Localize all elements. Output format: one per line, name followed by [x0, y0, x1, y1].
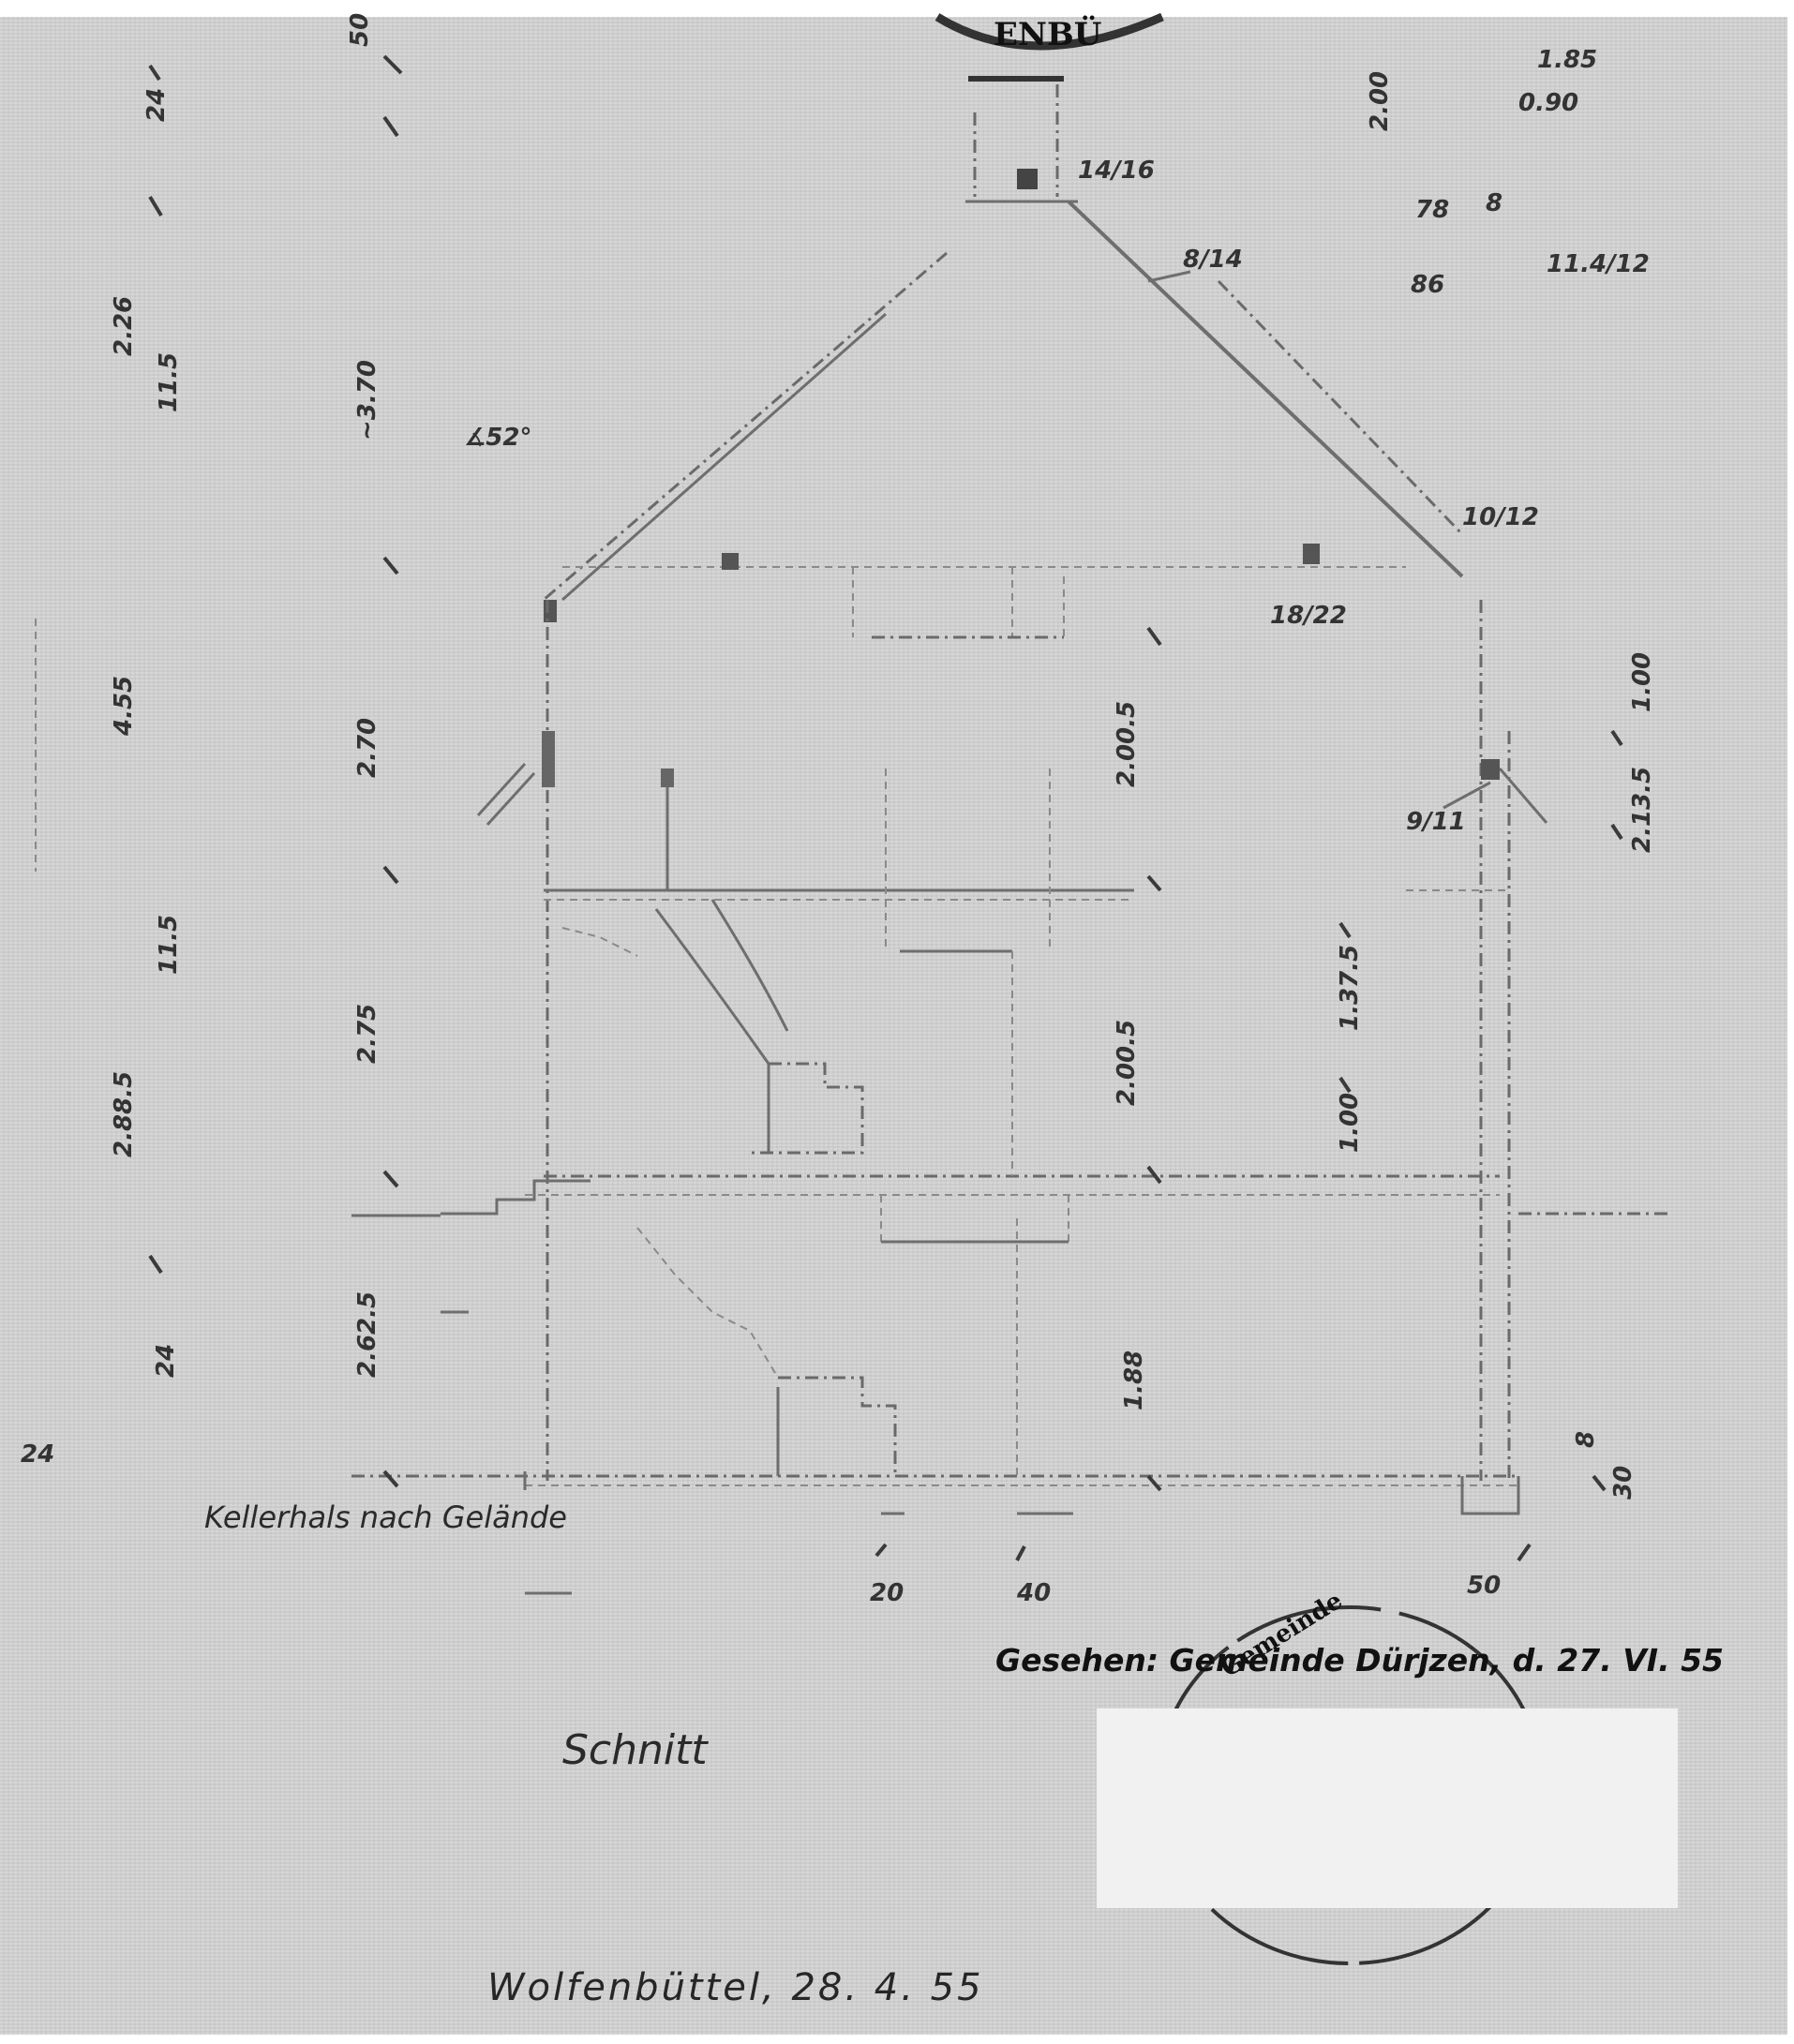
dim-center-middle: 2.00.5: [1113, 1020, 1141, 1106]
dim-20: 20: [870, 1579, 904, 1607]
dim-left-2-88: 2.88.5: [110, 1071, 138, 1157]
dim-center-1-88: 1.88: [1120, 1350, 1148, 1410]
chimney: [965, 79, 1078, 201]
dim-2-75: 2.75: [353, 1004, 381, 1064]
dim-left-11-5-lower: 11.5: [155, 915, 183, 975]
dim-1-85: 1.85: [1537, 46, 1597, 74]
basement-floor: [351, 951, 1518, 1593]
redacted-signature-area: [1097, 1708, 1678, 1908]
dim-1-37-5: 1.37.5: [1336, 945, 1364, 1031]
roof-angle: ∡52°: [464, 424, 532, 452]
ground-floor-slab: [351, 1176, 1668, 1312]
dim-50: 50: [346, 13, 374, 47]
dim-2-62-5: 2.62.5: [353, 1291, 381, 1378]
dim-1-00-inner: 1.00: [1336, 1093, 1364, 1153]
roof: [544, 201, 1462, 600]
top-stamp: ENBÜ: [937, 15, 1162, 53]
dim-right-8: 8: [1572, 1431, 1600, 1448]
member-10-12: 10/12: [1462, 503, 1539, 531]
upper-floor-slab: [544, 768, 1509, 951]
dim-left-24: 24: [152, 1344, 180, 1378]
drawing-title: Schnitt: [562, 1726, 708, 1774]
dim-left-2-26: 2.26: [110, 296, 138, 356]
dim-left-11-5-upper: 11.5: [155, 352, 183, 412]
dim-2-70: 2.70: [353, 718, 381, 778]
walls: [478, 600, 1547, 1481]
dim-left-24-top: 24: [142, 88, 171, 122]
dimension-ticks: [36, 56, 1622, 1490]
dimension-labels: 24 2.26 11.5 4.55 11.5 2.88.5 24 24 50 ~…: [21, 13, 1656, 1499]
dim-right-2-13: 2.13.5: [1628, 767, 1656, 853]
bottom-dimensions: 20 40 50: [870, 1544, 1530, 1607]
dim-8: 8: [1486, 189, 1502, 217]
dim-40: 40: [1016, 1579, 1051, 1607]
member-9-11: 9/11: [1406, 808, 1466, 836]
dim-11-4-12: 11.4/12: [1547, 250, 1650, 278]
dim-left-4-55: 4.55: [110, 676, 138, 737]
dim-0-90: 0.90: [1518, 89, 1578, 117]
member-18-22: 18/22: [1270, 602, 1347, 630]
member-14-16: 14/16: [1078, 157, 1155, 185]
staircase: [441, 900, 895, 1476]
basement-note: Kellerhals nach Gelände: [204, 1499, 567, 1535]
dim-86: 86: [1411, 271, 1444, 299]
dim-3-70: ~3.70: [353, 360, 381, 440]
stamp-top-text: ENBÜ: [994, 15, 1101, 53]
dim-right-30: 30: [1609, 1466, 1637, 1499]
dim-78: 78: [1415, 196, 1449, 224]
dim-right-1-00: 1.00: [1628, 652, 1656, 712]
approval-line: Gesehen: Gemeinde Dürjzen, d. 27. VI. 55: [995, 1642, 1724, 1678]
place-date: Wolfenbüttel, 28. 4. 55: [487, 1966, 984, 2009]
dim-left-24-bottom: 24: [21, 1440, 54, 1469]
member-8-14: 8/14: [1183, 246, 1243, 274]
dim-center-upper: 2.00.5: [1113, 701, 1141, 787]
dim-50-bottom: 50: [1467, 1572, 1501, 1600]
dim-2-00: 2.00: [1366, 71, 1394, 131]
